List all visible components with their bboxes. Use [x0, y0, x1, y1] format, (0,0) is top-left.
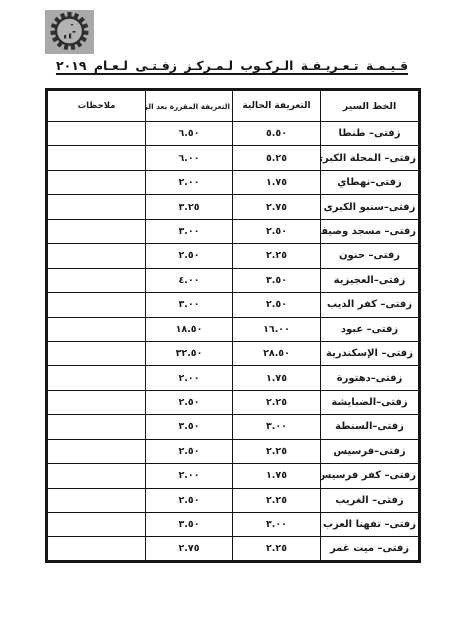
notes-cell: [47, 293, 146, 317]
notes-cell: [47, 341, 146, 365]
route-cell: زفتى–العجيزية: [321, 268, 420, 292]
notes-cell: [47, 195, 146, 219]
current-fare-cell: ٢.٥٠: [233, 293, 321, 317]
notes-cell: [47, 464, 146, 488]
route-cell: زفتى–نهطاي: [321, 170, 420, 194]
table-row: زفتى–الضبايشة٢.٢٥٢.٥٠: [47, 390, 420, 414]
notes-cell: [47, 170, 146, 194]
route-cell: زفتى– مسجد وصيف: [321, 219, 420, 243]
header-notes: ملاحظات: [47, 90, 146, 122]
current-fare-cell: ٢.٥٠: [233, 219, 321, 243]
table-row: زفتى–سنبو الكبرى٢.٧٥٣.٢٥: [47, 195, 420, 219]
current-fare-cell: ١.٧٥: [233, 170, 321, 194]
scanned-document: { "page": { "background": "#ffffff", "in…: [0, 0, 450, 640]
notes-cell: [47, 122, 146, 146]
notes-cell: [47, 146, 146, 170]
current-fare-cell: ٣.٠٠: [233, 415, 321, 439]
notes-cell: [47, 219, 146, 243]
fare-table-body: زفتى– طنطا٥.٥٠٦.٥٠زفتى– المحلة الكبرى٥.٢…: [47, 122, 420, 562]
new-fare-cell: ٣.٠٠: [146, 219, 233, 243]
fare-table-header: الخط السير التعريفة الحالية التعريفة الم…: [47, 90, 420, 122]
new-fare-cell: ٢.٠٠: [146, 170, 233, 194]
notes-cell: [47, 390, 146, 414]
new-fare-cell: ٦.٠٠: [146, 146, 233, 170]
new-fare-cell: ٢.٥٠: [146, 488, 233, 512]
route-cell: زفتى– عبود: [321, 317, 420, 341]
table-row: زفتى– طنطا٥.٥٠٦.٥٠: [47, 122, 420, 146]
header-row: الخط السير التعريفة الحالية التعريفة الم…: [47, 90, 420, 122]
new-fare-cell: ٢.٥٠: [146, 390, 233, 414]
current-fare-cell: ٢.٧٥: [233, 195, 321, 219]
notes-cell: [47, 366, 146, 390]
new-fare-cell: ٤.٠٠: [146, 268, 233, 292]
table-row: زفتى– المحلة الكبرى٥.٢٥٦.٠٠: [47, 146, 420, 170]
notes-cell: [47, 488, 146, 512]
table-row: زفتى–فرسيس٢.٢٥٢.٥٠: [47, 439, 420, 463]
route-cell: زفتى– طنطا: [321, 122, 420, 146]
current-fare-cell: ١.٧٥: [233, 464, 321, 488]
table-row: زفتى– مسجد وصيف٢.٥٠٣.٠٠: [47, 219, 420, 243]
new-fare-cell: ٢.٥٠: [146, 439, 233, 463]
current-fare-cell: ٥.٥٠: [233, 122, 321, 146]
current-fare-cell: ٢.٢٥: [233, 488, 321, 512]
new-fare-cell: ٣٢.٥٠: [146, 341, 233, 365]
current-fare-cell: ١٦.٠٠: [233, 317, 321, 341]
notes-cell: [47, 268, 146, 292]
new-fare-cell: ٣.٥٠: [146, 513, 233, 537]
header-current-fare: التعريفة الحالية: [233, 90, 321, 122]
table-row: زفتى–العجيزية٣.٥٠٤.٠٠: [47, 268, 420, 292]
table-row: زفتى– تفهنا العزب٣.٠٠٣.٥٠: [47, 513, 420, 537]
route-cell: زفتى– كفر الديب: [321, 293, 420, 317]
route-cell: زفتى–الضبايشة: [321, 390, 420, 414]
current-fare-cell: ٢.٢٥: [233, 439, 321, 463]
header-new-fare: التعريفة المقررة بعد الزيادة: [146, 90, 233, 122]
notes-cell: [47, 317, 146, 341]
current-fare-cell: ١.٧٥: [233, 366, 321, 390]
route-cell: زفتى– الإسكندرية: [321, 341, 420, 365]
table-row: زفتى– عبود١٦.٠٠١٨.٥٠: [47, 317, 420, 341]
route-cell: زفتى– ميت غمر: [321, 537, 420, 561]
table-row: زفتى– ميت غمر٢.٢٥٢.٧٥: [47, 537, 420, 561]
table-row: زفتى– كفر الديب٢.٥٠٣.٠٠: [47, 293, 420, 317]
new-fare-cell: ٢.٥٠: [146, 244, 233, 268]
new-fare-cell: ٢.٠٠: [146, 464, 233, 488]
route-cell: زفتى– الغريب: [321, 488, 420, 512]
route-cell: زفتى– تفهنا العزب: [321, 513, 420, 537]
route-cell: زفتى– المحلة الكبرى: [321, 146, 420, 170]
header-route-line: الخط السير: [321, 90, 420, 122]
new-fare-cell: ٢.٠٠: [146, 366, 233, 390]
notes-cell: [47, 513, 146, 537]
new-fare-cell: ٦.٥٠: [146, 122, 233, 146]
table-row: زفتى–نهطاي١.٧٥٢.٠٠: [47, 170, 420, 194]
current-fare-cell: ٢٨.٥٠: [233, 341, 321, 365]
fare-table: الخط السير التعريفة الحالية التعريفة الم…: [45, 88, 421, 563]
new-fare-cell: ٣.٥٠: [146, 415, 233, 439]
route-cell: زفتى–سنبو الكبرى: [321, 195, 420, 219]
table-row: زفتى– حنون٢.٢٥٢.٥٠: [47, 244, 420, 268]
route-cell: زفتى–دهتورة: [321, 366, 420, 390]
table-row: زفتى– الإسكندرية٢٨.٥٠٣٢.٥٠: [47, 341, 420, 365]
table-row: زفتى– الغريب٢.٢٥٢.٥٠: [47, 488, 420, 512]
notes-cell: [47, 244, 146, 268]
route-cell: زفتى– كفر فرسيس: [321, 464, 420, 488]
gear-seal-icon: [45, 10, 94, 54]
route-cell: زفتى– حنون: [321, 244, 420, 268]
current-fare-cell: ٢.٢٥: [233, 244, 321, 268]
table-row: زفتى–دهتورة١.٧٥٢.٠٠: [47, 366, 420, 390]
document-title: قـيـمـة تـعـريـفـة الـركـوب لـمـركـز زفـ…: [45, 58, 419, 73]
new-fare-cell: ١٨.٥٠: [146, 317, 233, 341]
current-fare-cell: ٥.٢٥: [233, 146, 321, 170]
new-fare-cell: ٢.٧٥: [146, 537, 233, 561]
current-fare-cell: ٢.٢٥: [233, 537, 321, 561]
official-stamp: [45, 10, 94, 54]
new-fare-cell: ٣.٠٠: [146, 293, 233, 317]
notes-cell: [47, 439, 146, 463]
current-fare-cell: ٣.٠٠: [233, 513, 321, 537]
notes-cell: [47, 537, 146, 561]
document-page: قـيـمـة تـعـريـفـة الـركـوب لـمـركـز زفـ…: [0, 0, 450, 640]
notes-cell: [47, 415, 146, 439]
table-row: زفتى– كفر فرسيس١.٧٥٢.٠٠: [47, 464, 420, 488]
current-fare-cell: ٣.٥٠: [233, 268, 321, 292]
new-fare-cell: ٣.٢٥: [146, 195, 233, 219]
route-cell: زفتى–فرسيس: [321, 439, 420, 463]
current-fare-cell: ٢.٢٥: [233, 390, 321, 414]
table-row: زفتى–السنطة٣.٠٠٣.٥٠: [47, 415, 420, 439]
route-cell: زفتى–السنطة: [321, 415, 420, 439]
